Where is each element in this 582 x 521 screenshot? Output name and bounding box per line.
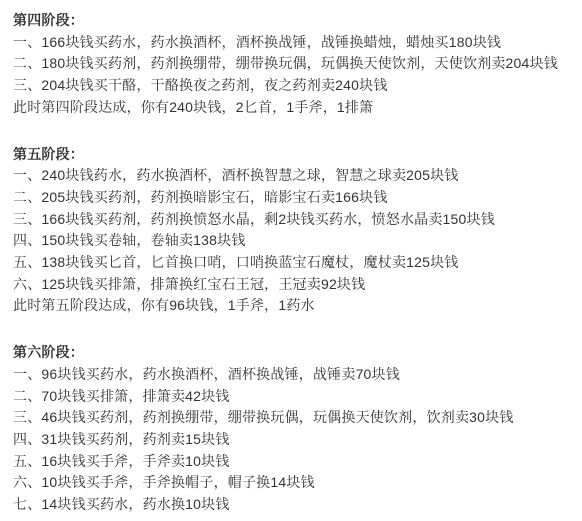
stage-4-step-2: 二、180块钱买药剂，药剂换绷带，绷带换玩偶，玩偶换天使饮剂，天使饮剂卖204块… — [13, 53, 574, 75]
section-stage-5: 第五阶段： 一、240块钱药水，药水换酒杯，酒杯换智慧之球，智慧之球卖205块钱… — [13, 144, 574, 318]
stage-6-step-7: 七、14块钱买药水，药水换10块钱 — [13, 494, 574, 516]
stage-6-step-2: 二、70块钱买排箫，排箫卖42块钱 — [13, 386, 574, 408]
stage-6-step-3: 三、46块钱买药剂，药剂换绷带，绷带换玩偶，玩偶换天使饮剂，饮剂卖30块钱 — [13, 407, 574, 429]
stage-5-step-1: 一、240块钱药水，药水换酒杯，酒杯换智慧之球，智慧之球卖205块钱 — [13, 165, 574, 187]
stage-4-summary: 此时第四阶段达成，你有240块钱，2匕首，1手斧，1排箫 — [13, 97, 574, 119]
stage-6-step-6: 六、10块钱买手斧，手斧换帽子，帽子换14块钱 — [13, 472, 574, 494]
stage-5-summary: 此时第五阶段达成，你有96块钱，1手斧，1药水 — [13, 295, 574, 317]
stage-6-step-4: 四、31块钱买药剂，药剂卖15块钱 — [13, 429, 574, 451]
stage-6-step-5: 五、16块钱买手斧，手斧卖10块钱 — [13, 451, 574, 473]
section-stage-6: 第六阶段： 一、96块钱买药水，药水换酒杯，酒杯换战锤，战锤卖70块钱 二、70… — [13, 342, 574, 516]
stage-4-step-1: 一、166块钱买药水，药水换酒杯，酒杯换战锤，战锤换蜡烛，蜡烛买180块钱 — [13, 32, 574, 54]
stage-5-step-6: 六、125块钱买排箫，排箫换红宝石王冠，王冠卖92块钱 — [13, 274, 574, 296]
stage-5-step-4: 四、150块钱买卷轴，卷轴卖138块钱 — [13, 230, 574, 252]
stage-5-step-5: 五、138块钱买匕首，匕首换口哨，口哨换蓝宝石魔杖，魔杖卖125块钱 — [13, 252, 574, 274]
stage-4-title: 第四阶段： — [13, 10, 574, 32]
stage-6-title: 第六阶段： — [13, 342, 574, 364]
stage-4-step-3: 三、204块钱买干酪，干酪换夜之药剂，夜之药剂卖240块钱 — [13, 75, 574, 97]
guide-document: 第四阶段： 一、166块钱买药水，药水换酒杯，酒杯换战锤，战锤换蜡烛，蜡烛买18… — [0, 0, 582, 516]
stage-6-step-1: 一、96块钱买药水，药水换酒杯，酒杯换战锤，战锤卖70块钱 — [13, 364, 574, 386]
stage-5-title: 第五阶段： — [13, 144, 574, 166]
stage-5-step-2: 二、205块钱买药剂，药剂换暗影宝石，暗影宝石卖166块钱 — [13, 187, 574, 209]
section-stage-4: 第四阶段： 一、166块钱买药水，药水换酒杯，酒杯换战锤，战锤换蜡烛，蜡烛买18… — [13, 10, 574, 119]
stage-5-step-3: 三、166块钱买药剂，药剂换愤怒水晶，剩2块钱买药水，愤怒水晶卖150块钱 — [13, 209, 574, 231]
